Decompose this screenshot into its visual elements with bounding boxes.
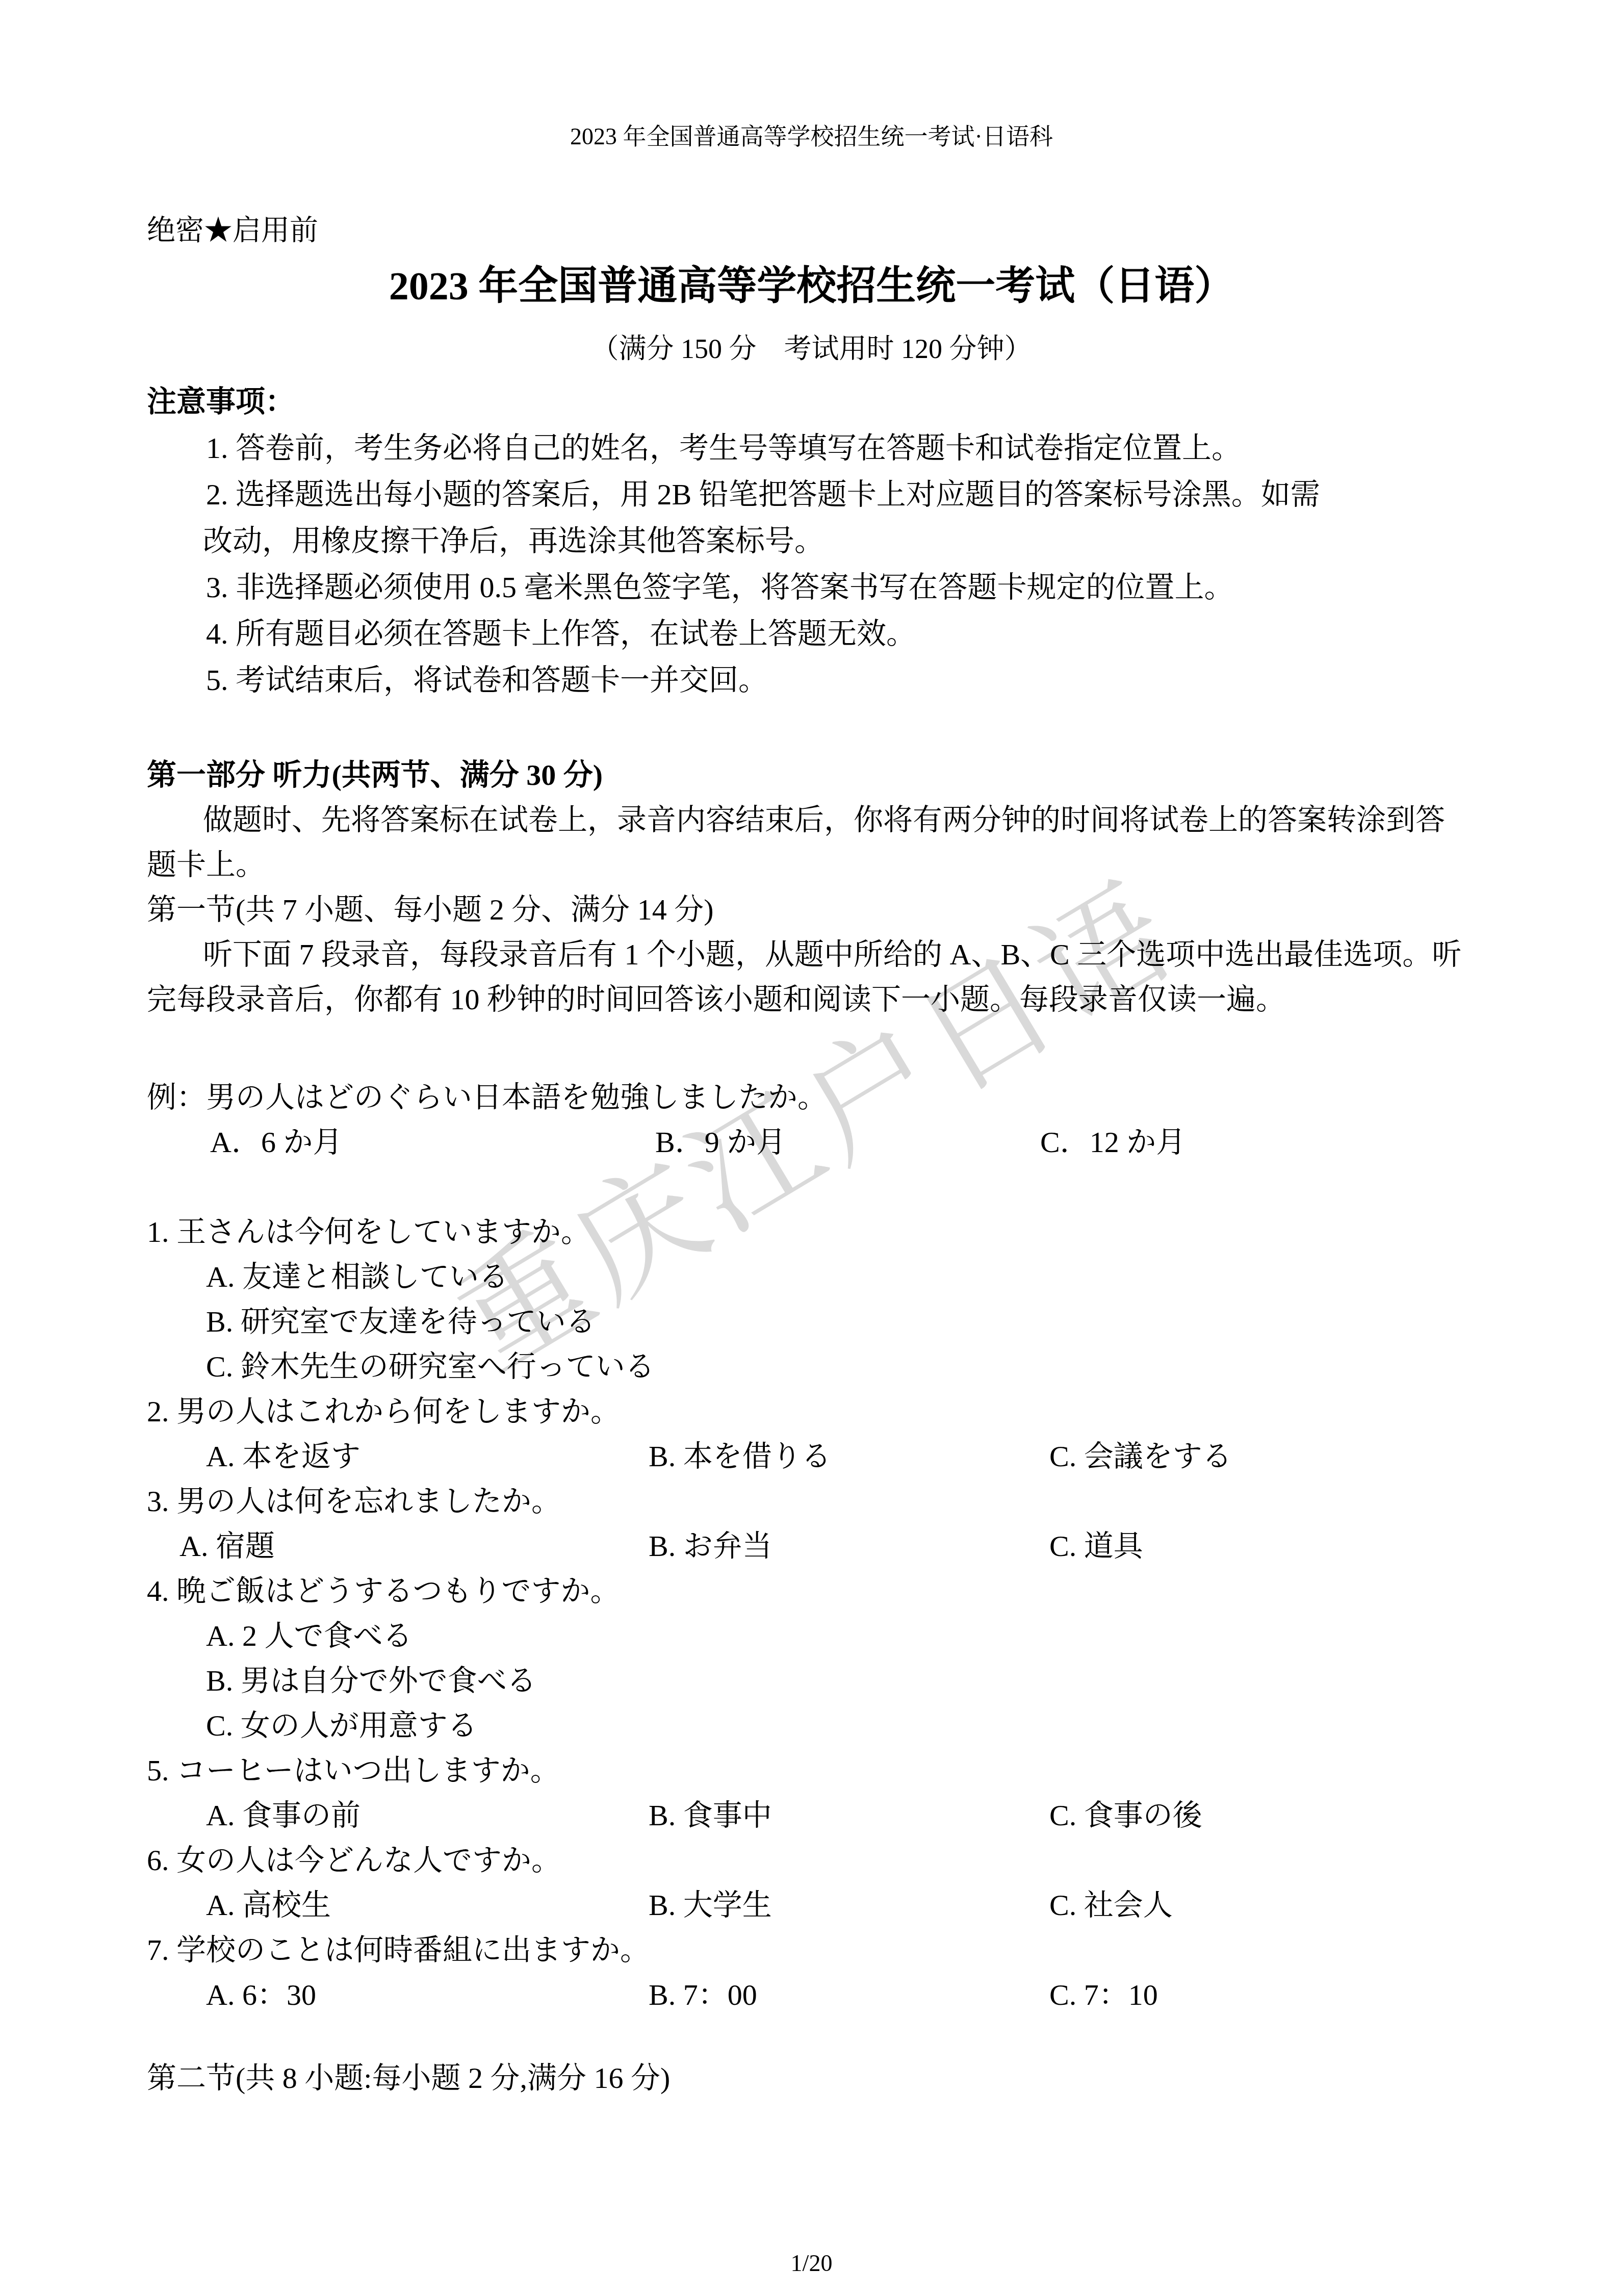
part1-intro-line-1: 做题时、先将答案标在试卷上，录音内容结束后，你将有两分钟的时间将试卷上的答案转涂… — [147, 797, 1539, 843]
question-2-option-a: A. 本を返す — [206, 1433, 360, 1479]
section1-heading: 第一节(共 7 小题、每小题 2 分、满分 14 分) — [147, 886, 1483, 933]
question-3-stem: 3. 男の人は何を忘れましたか。 — [147, 1478, 1483, 1524]
section1-instruction-line-2: 完每段录音后，你都有 10 秒钟的时间回答该小题和阅读下一小题。每段录音仅读一遍… — [147, 976, 1483, 1023]
question-5-options-row: A. 食事の前 B. 食事中 C. 食事の後 — [147, 1792, 1483, 1839]
question-7-option-c: C. 7：10 — [1049, 1972, 1158, 2018]
question-6-options-row: A. 高校生 B. 大学生 C. 社会人 — [147, 1882, 1483, 1928]
exam-paper-page: 重庆江户日语 2023 年全国普通高等学校招生统一考试·日语科 绝密★启用前 2… — [0, 0, 1623, 2296]
question-6-option-c: C. 社会人 — [1049, 1882, 1173, 1928]
question-1-option-b: B. 研究室で友達を待っている — [147, 1298, 1542, 1345]
question-5-option-a: A. 食事の前 — [206, 1792, 360, 1839]
question-4-option-b: B. 男は自分で外で食べる — [147, 1657, 1542, 1704]
question-5-option-c: C. 食事の後 — [1049, 1792, 1202, 1839]
notice-item-4: 4. 所有题目必须在答题卡上作答，在试卷上答题无效。 — [147, 610, 1542, 657]
page-number: 1/20 — [0, 2248, 1623, 2279]
question-1-option-c: C. 鈴木先生の研究室へ行っている — [147, 1343, 1542, 1390]
notice-item-1: 1. 答卷前，考生务必将自己的姓名，考生号等填写在答题卡和试卷指定位置上。 — [147, 425, 1542, 471]
question-7-options-row: A. 6：30 B. 7：00 C. 7：10 — [147, 1972, 1483, 2018]
question-7-option-a: A. 6：30 — [206, 1972, 316, 2018]
question-6-option-b: B. 大学生 — [649, 1882, 772, 1928]
section2-heading: 第二节(共 8 小题:每小题 2 分,满分 16 分) — [147, 2055, 1483, 2101]
exam-title: 2023 年全国普通高等学校招生统一考试（日语） — [0, 261, 1623, 312]
question-2-stem: 2. 男の人はこれから何をしますか。 — [147, 1388, 1483, 1435]
notice-item-3: 3. 非选择题必须使用 0.5 毫米黑色签字笔，将答案书写在答题卡规定的位置上。 — [147, 564, 1542, 610]
exam-subtitle: （满分 150 分 考试用时 120 分钟） — [0, 328, 1623, 369]
question-4-stem: 4. 晩ご飯はどうするつもりですか。 — [147, 1568, 1483, 1614]
question-5-stem: 5. コーヒーはいつ出しますか。 — [147, 1747, 1483, 1794]
question-7-stem: 7. 学校のことは何時番組に出ますか。 — [147, 1927, 1483, 1973]
question-1-option-a: A. 友達と相談している — [147, 1254, 1542, 1300]
part1-intro-line-2: 题卡上。 — [147, 841, 1483, 888]
question-4-option-a: A. 2 人で食べる — [147, 1613, 1542, 1659]
question-2-option-b: B. 本を借りる — [649, 1433, 831, 1479]
question-3-option-c: C. 道具 — [1049, 1523, 1143, 1569]
example-question: 例：男の人はどのぐらい日本語を勉強しましたか。 — [147, 1074, 1483, 1120]
question-3-option-a: A. 宿題 — [179, 1523, 275, 1569]
notice-item-2-continued: 改动，用橡皮擦干净后，再选涂其他答案标号。 — [147, 518, 1539, 564]
example-option-c: C．12 か月 — [1040, 1119, 1186, 1165]
question-5-option-b: B. 食事中 — [649, 1792, 772, 1839]
question-6-stem: 6. 女の人は今どんな人ですか。 — [147, 1837, 1483, 1883]
example-options-row: A．6 か月 B．9 か月 C．12 か月 — [147, 1119, 1483, 1165]
question-2-options-row: A. 本を返す B. 本を借りる C. 会議をする — [147, 1433, 1483, 1479]
notice-item-5: 5. 考试结束后，将试卷和答题卡一并交回。 — [147, 657, 1542, 703]
question-3-option-b: B. お弁当 — [649, 1523, 772, 1569]
security-label: 绝密★启用前 — [147, 212, 318, 249]
question-7-option-b: B. 7：00 — [649, 1972, 757, 2018]
notices-heading: 注意事项： — [147, 378, 1483, 425]
section1-instruction-line-1: 听下面 7 段录音，每段录音后有 1 个小题，从题中所给的 A、B、C 三个选项… — [147, 931, 1539, 978]
page-header-text: 2023 年全国普通高等学校招生统一考试·日语科 — [0, 121, 1623, 152]
example-option-a: A．6 か月 — [210, 1119, 342, 1165]
question-4-option-c: C. 女の人が用意する — [147, 1702, 1542, 1749]
question-1-stem: 1. 王さんは今何をしていますか。 — [147, 1209, 1483, 1255]
example-option-b: B．9 か月 — [655, 1119, 786, 1165]
notice-item-2: 2. 选择题选出每小题的答案后，用 2B 铅笔把答题卡上对应题目的答案标号涂黑。… — [147, 471, 1542, 518]
question-2-option-c: C. 会議をする — [1049, 1433, 1232, 1479]
part1-heading: 第一部分 听力(共两节、满分 30 分) — [147, 752, 1483, 798]
question-3-options-row: A. 宿題 B. お弁当 C. 道具 — [147, 1523, 1483, 1569]
question-6-option-a: A. 高校生 — [206, 1882, 331, 1928]
